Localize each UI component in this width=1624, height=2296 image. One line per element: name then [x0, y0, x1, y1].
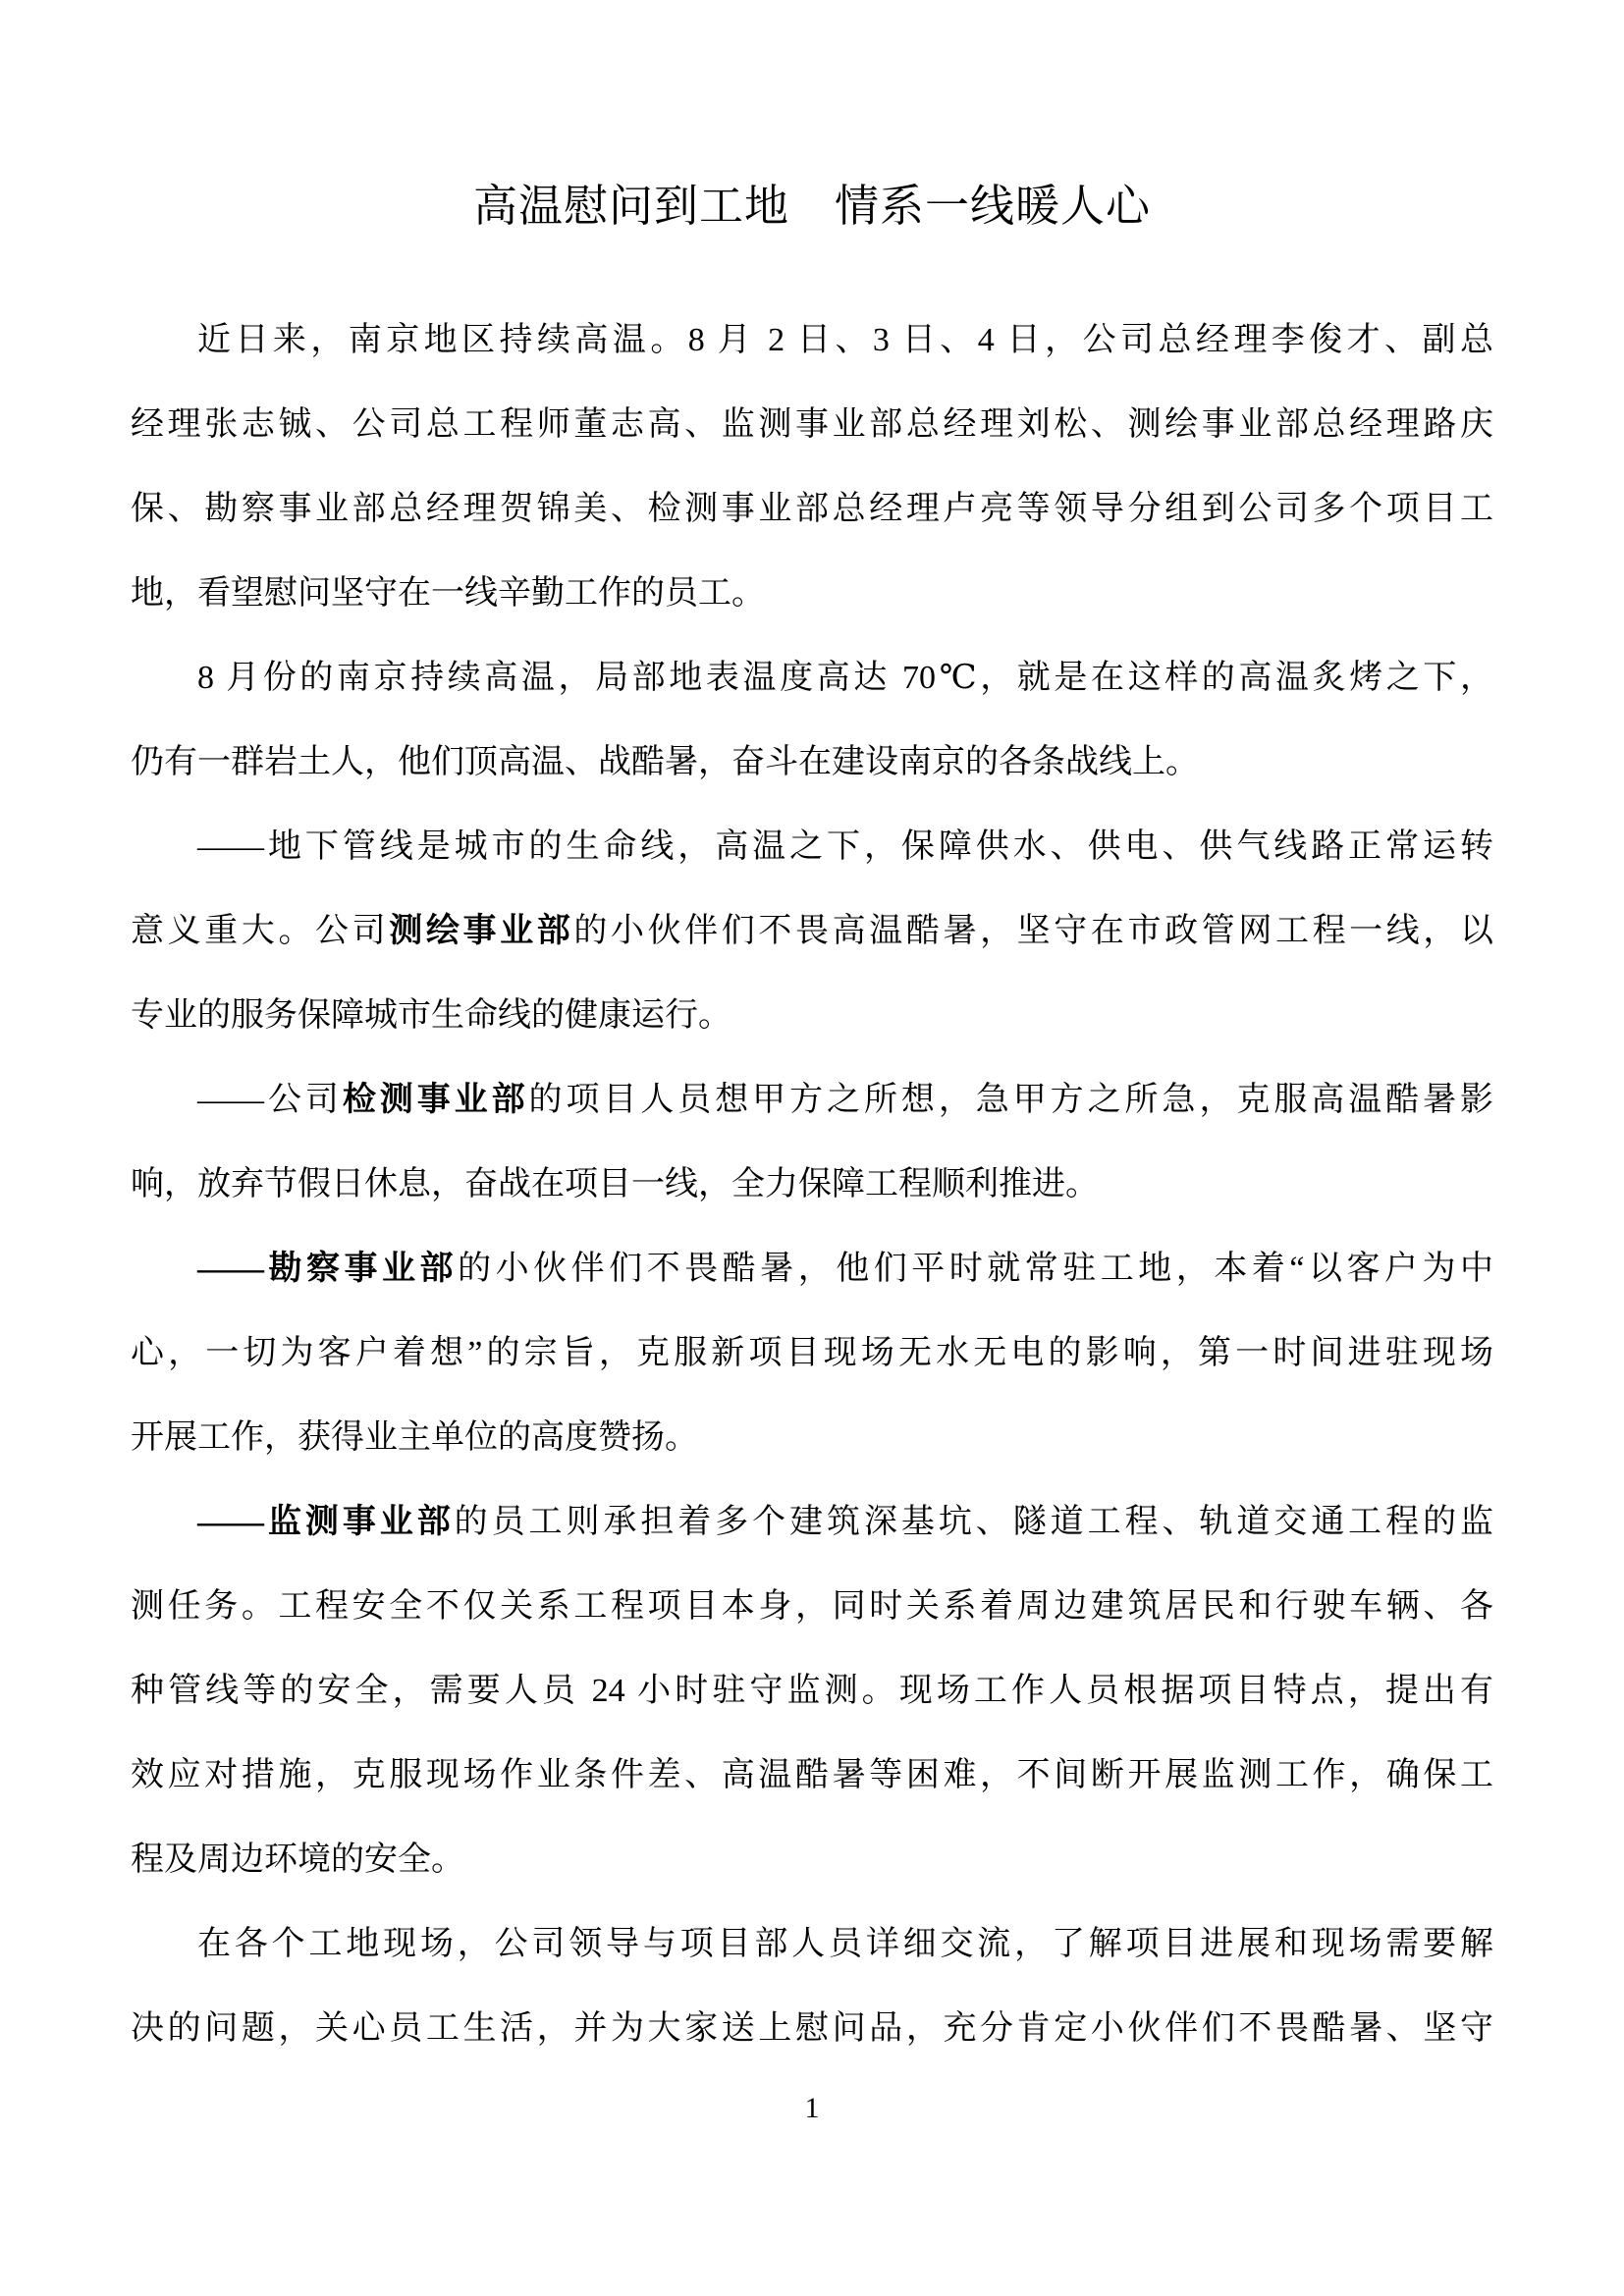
- text-line: ——地下管线是城市的生命线，高温之下，保障供水、供电、供气线路正常运转: [131, 805, 1493, 889]
- document-body: 近日来，南京地区持续高温。8 月 2 日、3 日、4 日，公司总经理李俊才、副总…: [131, 298, 1493, 2071]
- paragraph-1: 近日来，南京地区持续高温。8 月 2 日、3 日、4 日，公司总经理李俊才、副总…: [131, 298, 1493, 636]
- text-line: 心，一切为客户着想”的宗旨，克服新项目现场无水无电的影响，第一时间进驻现场: [131, 1311, 1493, 1396]
- bold-text-segment: ——监测事业部: [197, 1504, 455, 1540]
- text-segment: 响，放弃节假日休息，奋战在项目一线，全力保障工程顺利推进。: [131, 1166, 1099, 1202]
- text-line: ——公司检测事业部的项目人员想甲方之所想，急甲方之所急，克服高温酷暑影: [131, 1058, 1493, 1143]
- text-segment: 经理张志铖、公司总工程师董志高、监测事业部总经理刘松、测绘事业部总经理路庆: [131, 406, 1493, 443]
- text-line: 开展工作，获得业主单位的高度赞扬。: [131, 1396, 1493, 1480]
- text-segment: 专业的服务保障城市生命线的健康运行。: [131, 997, 731, 1034]
- text-segment: 近日来，南京地区持续高温。8 月 2 日、3 日、4 日，公司总经理李俊才、副总: [197, 322, 1493, 358]
- text-segment: 决的问题，关心员工生活，并为大家送上慰问品，充分肯定小伙伴们不畏酷暑、坚守: [131, 2010, 1493, 2047]
- text-line: 地，看望慰问坚守在一线辛勤工作的员工。: [131, 552, 1493, 636]
- text-segment: 8 月份的南京持续高温，局部地表温度高达 70℃，就是在这样的高温炙烤之下，: [197, 660, 1493, 696]
- text-segment: 种管线等的安全，需要人员 24 小时驻守监测。现场工作人员根据项目特点，提出有: [131, 1673, 1493, 1709]
- text-segment: 在各个工地现场，公司领导与项目部人员详细交流，了解项目进展和现场需要解: [197, 1926, 1493, 1962]
- bold-text-segment: ——勘察事业部: [197, 1251, 458, 1287]
- text-segment: 效应对措施，克服现场作业条件差、高温酷暑等困难，不间断开展监测工作，确保工: [131, 1757, 1493, 1793]
- text-segment: 意义重大。公司: [131, 913, 389, 949]
- text-segment: ——公司: [197, 1082, 343, 1118]
- text-line: 仍有一群岩土人，他们顶高温、战酷暑，奋斗在建设南京的各条战线上。: [131, 721, 1493, 805]
- text-line: 8 月份的南京持续高温，局部地表温度高达 70℃，就是在这样的高温炙烤之下，: [131, 636, 1493, 721]
- bold-text-segment: 检测事业部: [343, 1082, 529, 1118]
- text-segment: ——地下管线是城市的生命线，高温之下，保障供水、供电、供气线路正常运转: [197, 828, 1493, 865]
- text-segment: 的员工则承担着多个建筑深基坑、隧道工程、轨道交通工程的监: [455, 1504, 1493, 1540]
- text-segment: 心，一切为客户着想”的宗旨，克服新项目现场无水无电的影响，第一时间进驻现场: [131, 1335, 1493, 1371]
- text-line: 保、勘察事业部总经理贺锦美、检测事业部总经理卢亮等领导分组到公司多个项目工: [131, 467, 1493, 552]
- text-line: 响，放弃节假日休息，奋战在项目一线，全力保障工程顺利推进。: [131, 1143, 1493, 1227]
- paragraph-4: ——公司检测事业部的项目人员想甲方之所想，急甲方之所急，克服高温酷暑影 响，放弃…: [131, 1058, 1493, 1227]
- paragraph-7: 在各个工地现场，公司领导与项目部人员详细交流，了解项目进展和现场需要解 决的问题…: [131, 1902, 1493, 2071]
- paragraph-3: ——地下管线是城市的生命线，高温之下，保障供水、供电、供气线路正常运转 意义重大…: [131, 805, 1493, 1058]
- text-line: ——勘察事业部的小伙伴们不畏酷暑，他们平时就常驻工地，本着“以客户为中: [131, 1227, 1493, 1311]
- text-segment: 仍有一群岩土人，他们顶高温、战酷暑，奋斗在建设南京的各条战线上。: [131, 744, 1199, 780]
- document-page: 高温慰问到工地 情系一线暖人心 近日来，南京地区持续高温。8 月 2 日、3 日…: [0, 0, 1624, 2296]
- text-segment: 地，看望慰问坚守在一线辛勤工作的员工。: [131, 575, 765, 612]
- text-line: 近日来，南京地区持续高温。8 月 2 日、3 日、4 日，公司总经理李俊才、副总: [131, 298, 1493, 383]
- text-line: 意义重大。公司测绘事业部的小伙伴们不畏高温酷暑，坚守在市政管网工程一线，以: [131, 889, 1493, 974]
- paragraph-2: 8 月份的南京持续高温，局部地表温度高达 70℃，就是在这样的高温炙烤之下， 仍…: [131, 636, 1493, 805]
- paragraph-6: ——监测事业部的员工则承担着多个建筑深基坑、隧道工程、轨道交通工程的监 测任务。…: [131, 1480, 1493, 1902]
- text-segment: 程及周边环境的安全。: [131, 1842, 464, 1878]
- text-segment: 测任务。工程安全不仅关系工程项目本身，同时关系着周边建筑居民和行驶车辆、各: [131, 1588, 1493, 1625]
- text-line: 种管线等的安全，需要人员 24 小时驻守监测。现场工作人员根据项目特点，提出有: [131, 1649, 1493, 1734]
- paragraph-5: ——勘察事业部的小伙伴们不畏酷暑，他们平时就常驻工地，本着“以客户为中 心，一切…: [131, 1227, 1493, 1480]
- text-line: 专业的服务保障城市生命线的健康运行。: [131, 974, 1493, 1058]
- page-number: 1: [0, 2089, 1624, 2128]
- text-line: 经理张志铖、公司总工程师董志高、监测事业部总经理刘松、测绘事业部总经理路庆: [131, 383, 1493, 467]
- text-segment: 的小伙伴们不畏酷暑，他们平时就常驻工地，本着“以客户为中: [458, 1251, 1493, 1287]
- document-title: 高温慰问到工地 情系一线暖人心: [131, 177, 1493, 236]
- text-segment: 保、勘察事业部总经理贺锦美、检测事业部总经理卢亮等领导分组到公司多个项目工: [131, 491, 1493, 527]
- text-line: 在各个工地现场，公司领导与项目部人员详细交流，了解项目进展和现场需要解: [131, 1902, 1493, 1987]
- text-line: ——监测事业部的员工则承担着多个建筑深基坑、隧道工程、轨道交通工程的监: [131, 1480, 1493, 1565]
- text-line: 程及周边环境的安全。: [131, 1818, 1493, 1902]
- text-segment: 开展工作，获得业主单位的高度赞扬。: [131, 1419, 698, 1456]
- text-line: 测任务。工程安全不仅关系工程项目本身，同时关系着周边建筑居民和行驶车辆、各: [131, 1565, 1493, 1649]
- bold-text-segment: 测绘事业部: [389, 913, 573, 949]
- text-line: 决的问题，关心员工生活，并为大家送上慰问品，充分肯定小伙伴们不畏酷暑、坚守: [131, 1987, 1493, 2071]
- text-segment: 的小伙伴们不畏高温酷暑，坚守在市政管网工程一线，以: [573, 913, 1493, 949]
- text-segment: 的项目人员想甲方之所想，急甲方之所急，克服高温酷暑影: [529, 1082, 1493, 1118]
- text-line: 效应对措施，克服现场作业条件差、高温酷暑等困难，不间断开展监测工作，确保工: [131, 1734, 1493, 1818]
